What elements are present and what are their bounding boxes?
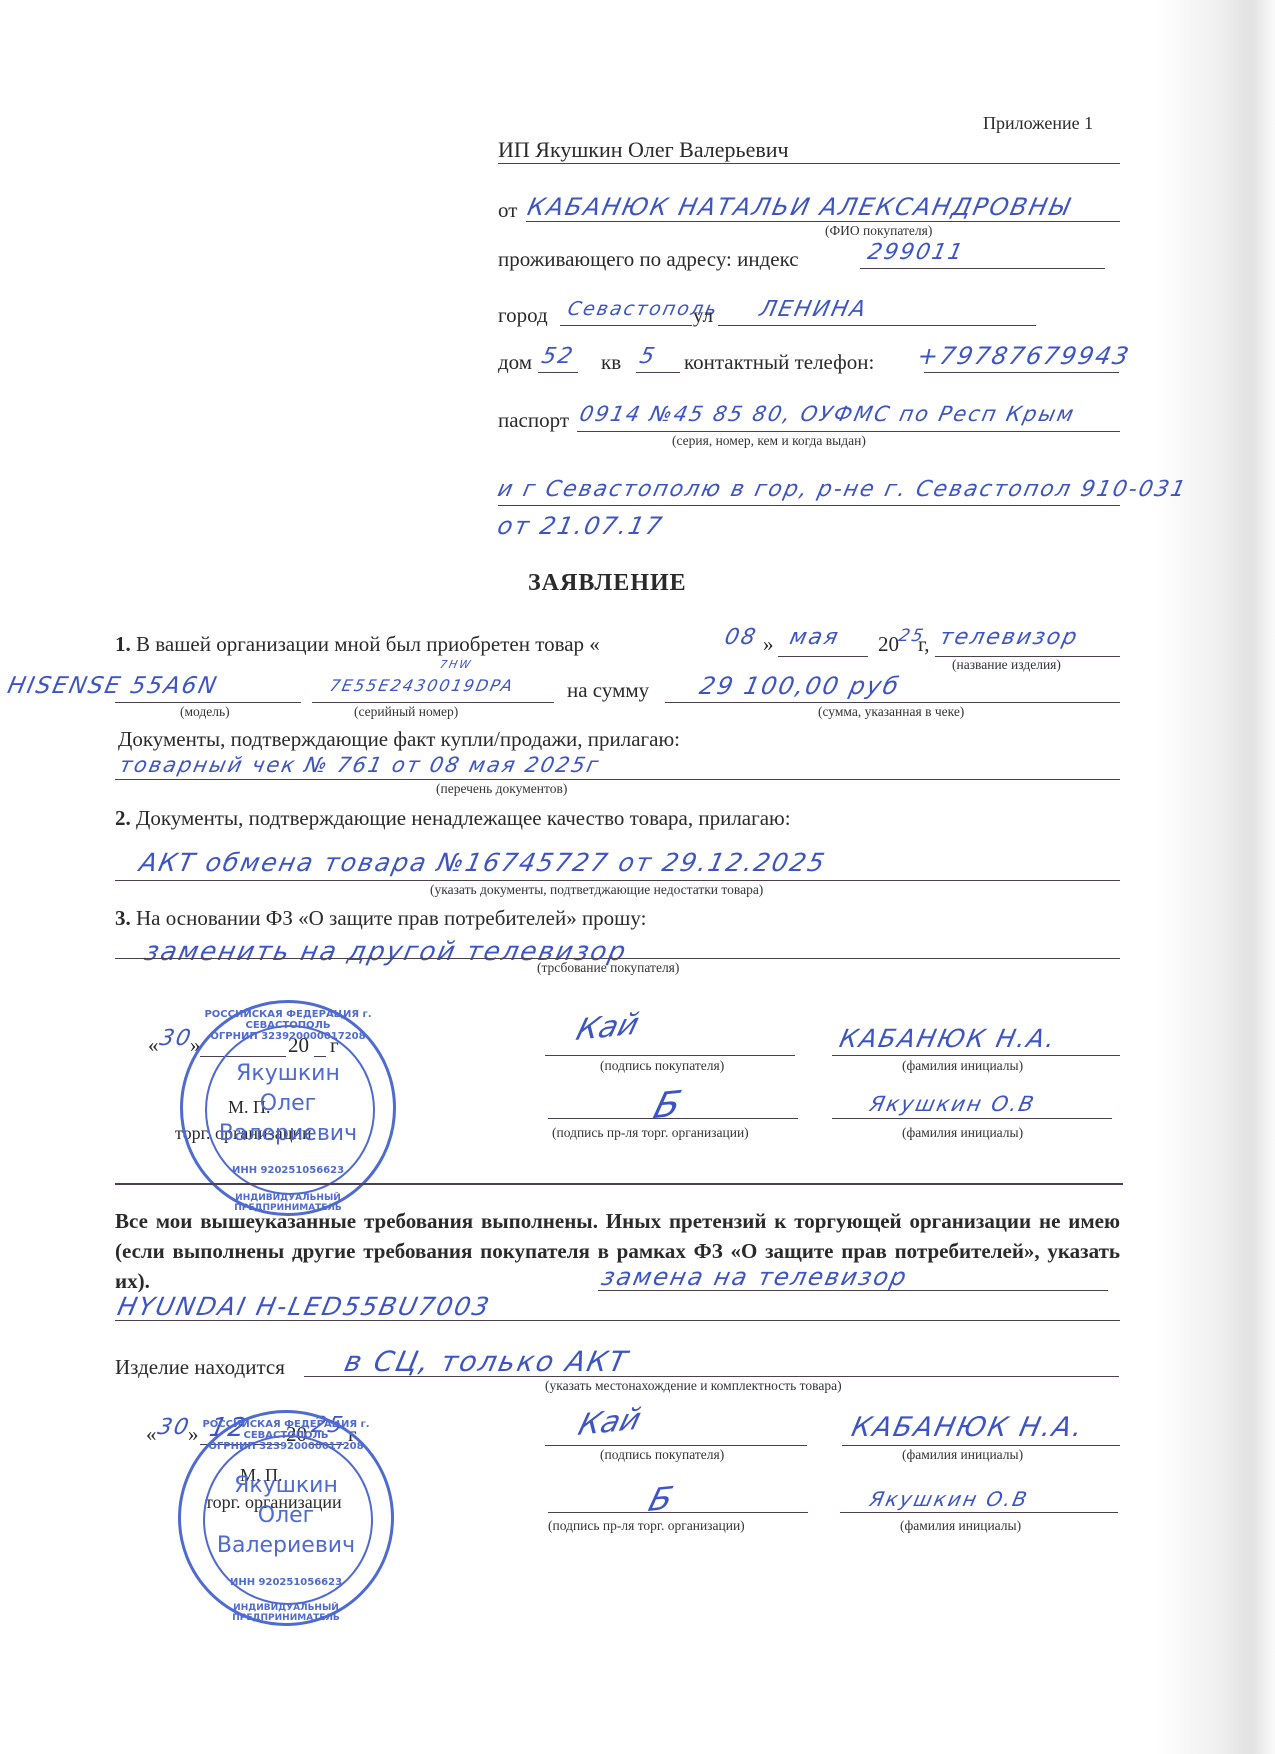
- replacement-model-underline: [115, 1320, 1120, 1321]
- purchase-month-field[interactable]: мая: [787, 625, 842, 650]
- street-label: ул: [693, 303, 713, 328]
- street-underline: [718, 325, 1036, 326]
- apt-field[interactable]: 5: [637, 344, 658, 369]
- phone-label: контактный телефон:: [684, 350, 874, 375]
- apt-label: кв: [601, 350, 621, 375]
- section1-heading: 1. В вашей организации мной был приобрет…: [115, 632, 600, 657]
- buyer-name1-caption: (фамилия инициалы): [902, 1058, 1023, 1074]
- document-title: ЗАЯВЛЕНИЕ: [528, 570, 687, 597]
- purchase-docs-caption: (перечень документов): [436, 781, 567, 797]
- from-label: от: [498, 198, 517, 223]
- purchase-year-unit: г,: [918, 632, 930, 657]
- model-caption: (модель): [180, 704, 230, 720]
- buyer-sig1-caption: (подпись покупателя): [600, 1058, 724, 1074]
- fulfilled-demand-underline: [598, 1290, 1108, 1291]
- buyer-name-1-field[interactable]: КАБАНЮК Н.А.: [837, 1024, 1060, 1053]
- purchase-docs-underline: [115, 779, 1120, 780]
- purchase-day-close: »: [763, 632, 774, 657]
- buyer-name2-underline: [842, 1445, 1120, 1446]
- buyer-sig2-underline: [545, 1445, 807, 1446]
- purchase-docs-field[interactable]: товарный чек № 761 от 08 мая 2025г: [117, 753, 602, 777]
- replacement-model-field[interactable]: HYUNDAI H-LED55BU7003: [115, 1292, 494, 1321]
- stamp-line2: Олег: [181, 1503, 391, 1528]
- sum-caption: (сумма, указанная в чеке): [818, 704, 964, 720]
- buyer-demand-underline: [115, 958, 1120, 959]
- defect-docs-field[interactable]: АКТ обмена товара №16745727 от 29.12.202…: [137, 848, 829, 877]
- index-underline: [860, 268, 1105, 269]
- seller-signature-2: Б: [645, 1479, 677, 1519]
- buyer-name-2-field[interactable]: КАБАНЮК Н.А.: [849, 1412, 1087, 1443]
- model-underline: [115, 702, 301, 703]
- passport-caption: (серия, номер, кем и когда выдан): [672, 433, 866, 449]
- stamp-inn: ИНН 920251056623: [183, 1165, 393, 1176]
- buyer-demand-caption: (трсбование покупателя): [537, 960, 679, 976]
- stamp-line1: Якушкин: [181, 1473, 391, 1498]
- stamp-bottom-text: ИНДИВИДУАЛЬНЫЙ ПРЕДПРИНИМАТЕЛЬ: [181, 1603, 391, 1623]
- buyer-sig2-caption: (подпись покупателя): [600, 1447, 724, 1463]
- section3-number: 3.: [115, 906, 131, 930]
- section3-heading: 3. На основании ФЗ «О защите прав потреб…: [115, 906, 646, 931]
- section1-number: 1.: [115, 632, 131, 656]
- recipient-underline: [498, 163, 1120, 164]
- seller-name1-underline: [832, 1118, 1112, 1119]
- seller-name2-caption: (фамилия инициалы): [900, 1518, 1021, 1534]
- date2-open: «: [146, 1422, 157, 1447]
- address-label: проживающего по адресу: индекс: [498, 247, 799, 272]
- phone-underline: [924, 372, 1119, 373]
- passport-field[interactable]: 0914 №45 85 80, ОУФМС по Респ Крым: [577, 402, 1077, 426]
- buyer-name1-underline: [832, 1055, 1120, 1056]
- seller-sig2-underline: [548, 1512, 808, 1513]
- model-field[interactable]: HISENSE 55A6N: [5, 673, 220, 699]
- passport-issuer-underline: [498, 505, 1120, 506]
- serial-field[interactable]: 7E55E2430019DPA: [328, 676, 516, 695]
- passport-label: паспорт: [498, 408, 569, 433]
- seller-sig1-underline: [548, 1118, 798, 1119]
- buyer-name2-caption: (фамилия инициалы): [902, 1447, 1023, 1463]
- location-field[interactable]: в СЦ, только АКТ: [341, 1345, 631, 1378]
- serial-note: 7HW: [439, 658, 474, 671]
- seller-sig2-caption: (подпись пр-ля торг. организации): [548, 1518, 745, 1534]
- passport-date-field[interactable]: от 21.07.17: [495, 512, 666, 540]
- defect-docs-underline: [115, 880, 1120, 881]
- recipient-name: ИП Якушкин Олег Валерьевич: [498, 137, 789, 163]
- seller-signature-1: Б: [649, 1084, 685, 1127]
- buyer-signature-2: Кай: [575, 1402, 645, 1443]
- street-field[interactable]: ЛЕНИНА: [757, 297, 869, 322]
- serial-caption: (серийный номер): [354, 704, 458, 720]
- buyer-sig1-underline: [545, 1055, 795, 1056]
- fulfilled-demand-field[interactable]: замена на телевизор: [599, 1263, 911, 1291]
- serial-underline: [312, 702, 554, 703]
- stamp-line1: Якушкин: [183, 1061, 393, 1086]
- from-underline: [526, 221, 1120, 222]
- passport-issuer-field[interactable]: и г Севастополю в гор, р-не г. Севастопо…: [495, 477, 1189, 502]
- passport-underline: [577, 431, 1120, 432]
- buyer-fullname-field[interactable]: КАБАНЮК НАТАЛЬИ АЛЕКСАНДРОВНЫ: [525, 193, 1074, 221]
- stamp-ogrnip: ОГРНИП 323920000017208: [181, 1441, 391, 1452]
- section1-text: В вашей организации мной был приобретен …: [136, 632, 600, 656]
- stamp-outer-text: РОССИЙСКАЯ ФЕДЕРАЦИЯ г. СЕВАСТОПОЛЬ: [183, 1009, 393, 1031]
- company-stamp-2: РОССИЙСКАЯ ФЕДЕРАЦИЯ г. СЕВАСТОПОЛЬ ОГРН…: [178, 1410, 394, 1626]
- stamp-ogrnip: ОГРНИП 323920000017208: [183, 1031, 393, 1042]
- appendix-label: Приложение 1: [983, 113, 1093, 134]
- location-underline: [304, 1376, 1119, 1377]
- from-caption: (ФИО покупателя): [825, 223, 932, 239]
- location-caption: (указать местонахождение и комплектность…: [545, 1378, 842, 1394]
- product-caption: (название изделия): [952, 657, 1061, 673]
- house-underline: [538, 372, 578, 373]
- section-divider: [115, 1183, 1123, 1185]
- section3-text: На основании ФЗ «О защите прав потребите…: [136, 906, 646, 930]
- purchase-day-field[interactable]: 08: [722, 625, 759, 650]
- house-label: дом: [498, 350, 532, 375]
- index-field[interactable]: 299011: [865, 240, 966, 265]
- stamp-line3: Валериевич: [181, 1533, 391, 1558]
- scan-edge-shadow: [1155, 0, 1275, 1754]
- phone-field[interactable]: +79787679943: [915, 342, 1133, 370]
- stamp-line2: Олег: [183, 1091, 393, 1116]
- section2-number: 2.: [115, 806, 131, 830]
- seller-name-1-field[interactable]: Якушкин О.В: [867, 1092, 1037, 1116]
- buyer-signature-1: Кай: [573, 1007, 643, 1048]
- seller-name-2-field[interactable]: Якушкин О.В: [867, 1487, 1031, 1511]
- date1-open: «: [148, 1033, 159, 1058]
- month-underline: [778, 656, 868, 657]
- location-label: Изделие находится: [115, 1355, 285, 1380]
- stamp-inn: ИНН 920251056623: [181, 1577, 391, 1588]
- section2-text: Документы, подтверждающие ненадлежащее к…: [136, 806, 791, 830]
- purchase-year-prefix: 20: [878, 632, 899, 657]
- purchase-docs-label: Документы, подтверждающие факт купли/про…: [118, 727, 680, 752]
- stamp-line3: Валериевич: [183, 1121, 393, 1146]
- apt-underline: [636, 372, 680, 373]
- city-label: город: [498, 303, 548, 328]
- seller-name2-underline: [840, 1512, 1118, 1513]
- defect-docs-caption: (указать документы, подтветджающие недос…: [430, 882, 763, 898]
- product-name-field[interactable]: телевизор: [937, 625, 1081, 650]
- sum-underline: [665, 702, 1120, 703]
- seller-sig1-caption: (подпись пр-ля торг. организации): [552, 1125, 749, 1141]
- city-underline: [560, 325, 692, 326]
- sum-label: на сумму: [567, 678, 649, 703]
- sum-field[interactable]: 29 100,00 руб: [697, 672, 903, 700]
- house-field[interactable]: 52: [539, 344, 576, 369]
- stamp-outer-text: РОССИЙСКАЯ ФЕДЕРАЦИЯ г. СЕВАСТОПОЛЬ: [181, 1419, 391, 1441]
- section2-heading: 2. Документы, подтверждающие ненадлежаще…: [115, 806, 791, 831]
- seller-name1-caption: (фамилия инициалы): [902, 1125, 1023, 1141]
